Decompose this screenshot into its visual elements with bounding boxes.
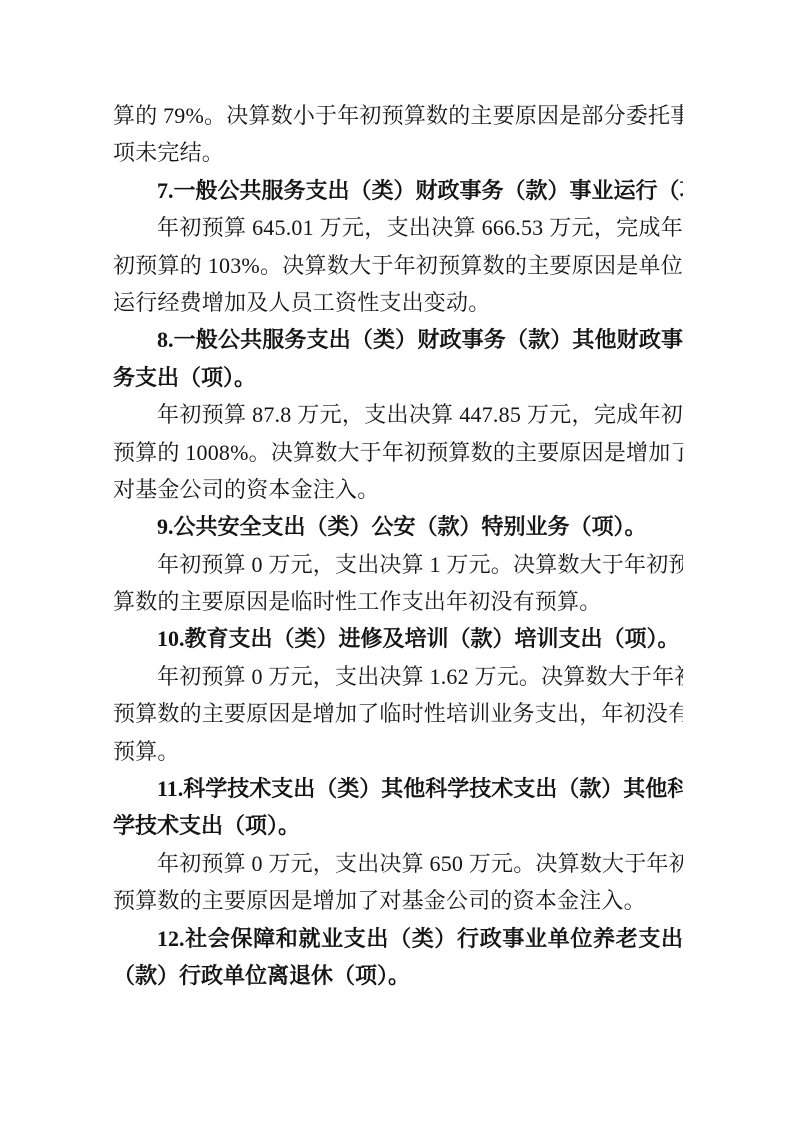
document-body-text: 算的 79%。决算数小于年初预算数的主要原因是部分委托事项未完结。7.一般公共服…	[113, 97, 683, 994]
document-page: 算的 79%。决算数小于年初预算数的主要原因是部分委托事项未完结。7.一般公共服…	[0, 0, 793, 1122]
document-line: 年初预算 0 万元，支出决算 1.62 万元。决算数大于年初	[113, 658, 683, 695]
document-line: 12.社会保障和就业支出（类）行政事业单位养老支出	[113, 920, 683, 957]
heading-paragraph-11: 12.社会保障和就业支出（类）行政事业单位养老支出（款）行政单位离退休（项）。	[113, 920, 683, 995]
heading-paragraph-1: 7.一般公共服务支出（类）财政事务（款）事业运行（项）。	[113, 172, 683, 209]
document-line: 运行经费增加及人员工资性支出变动。	[113, 284, 683, 321]
document-line: 算的 79%。决算数小于年初预算数的主要原因是部分委托事	[113, 97, 683, 134]
body-paragraph-8: 年初预算 0 万元，支出决算 1.62 万元。决算数大于年初预算数的主要原因是增…	[113, 658, 683, 770]
document-line: 预算。	[113, 733, 683, 770]
body-paragraph-0: 算的 79%。决算数小于年初预算数的主要原因是部分委托事项未完结。	[113, 97, 683, 172]
document-line: 年初预算 0 万元，支出决算 1 万元。决算数大于年初预	[113, 546, 683, 583]
document-line: 年初预算 87.8 万元，支出决算 447.85 万元，完成年初	[113, 396, 683, 433]
document-line: 7.一般公共服务支出（类）财政事务（款）事业运行（项）。	[113, 172, 683, 209]
document-line: 11.科学技术支出（类）其他科学技术支出（款）其他科	[113, 770, 683, 807]
document-line: 10.教育支出（类）进修及培训（款）培训支出（项）。	[113, 620, 683, 657]
document-line: 项未完结。	[113, 134, 683, 171]
document-line: 预算数的主要原因是增加了临时性培训业务支出，年初没有	[113, 695, 683, 732]
document-line: 9.公共安全支出（类）公安（款）特别业务（项）。	[113, 508, 683, 545]
body-paragraph-2: 年初预算 645.01 万元，支出决算 666.53 万元，完成年初预算的 10…	[113, 209, 683, 321]
heading-paragraph-3: 8.一般公共服务支出（类）财政事务（款）其他财政事务支出（项）。	[113, 321, 683, 396]
heading-paragraph-9: 11.科学技术支出（类）其他科学技术支出（款）其他科学技术支出（项）。	[113, 770, 683, 845]
document-line: 对基金公司的资本金注入。	[113, 471, 683, 508]
heading-paragraph-5: 9.公共安全支出（类）公安（款）特别业务（项）。	[113, 508, 683, 545]
document-line: （款）行政单位离退休（项）。	[113, 957, 683, 994]
body-paragraph-4: 年初预算 87.8 万元，支出决算 447.85 万元，完成年初预算的 1008…	[113, 396, 683, 508]
document-line: 务支出（项）。	[113, 359, 683, 396]
document-line: 预算的 1008%。决算数大于年初预算数的主要原因是增加了	[113, 434, 683, 471]
document-line: 8.一般公共服务支出（类）财政事务（款）其他财政事	[113, 321, 683, 358]
body-paragraph-10: 年初预算 0 万元，支出决算 650 万元。决算数大于年初预算数的主要原因是增加…	[113, 845, 683, 920]
document-line: 学技术支出（项）。	[113, 807, 683, 844]
document-line: 预算数的主要原因是增加了对基金公司的资本金注入。	[113, 882, 683, 919]
document-line: 算数的主要原因是临时性工作支出年初没有预算。	[113, 583, 683, 620]
body-paragraph-6: 年初预算 0 万元，支出决算 1 万元。决算数大于年初预算数的主要原因是临时性工…	[113, 546, 683, 621]
document-line: 年初预算 0 万元，支出决算 650 万元。决算数大于年初	[113, 845, 683, 882]
document-line: 年初预算 645.01 万元，支出决算 666.53 万元，完成年	[113, 209, 683, 246]
heading-paragraph-7: 10.教育支出（类）进修及培训（款）培训支出（项）。	[113, 620, 683, 657]
document-line: 初预算的 103%。决算数大于年初预算数的主要原因是单位	[113, 247, 683, 284]
